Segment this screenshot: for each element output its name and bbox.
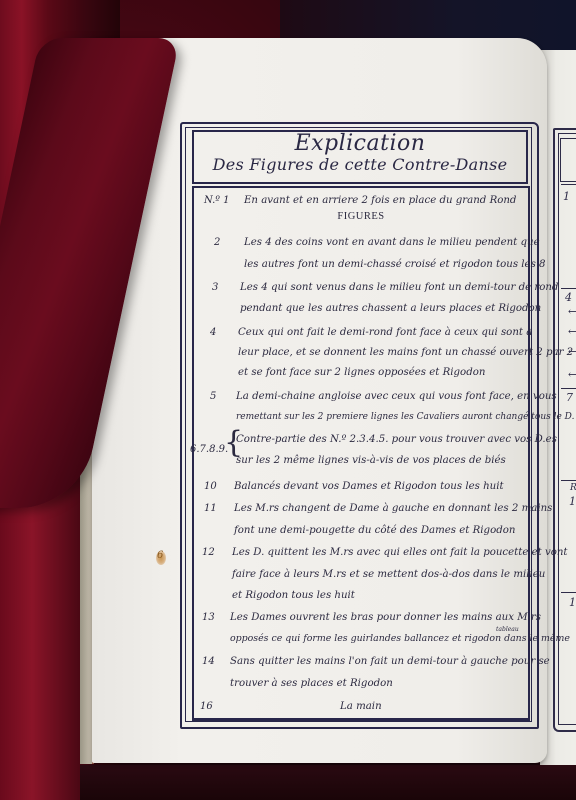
entry-number: 6.7.8.9. (190, 443, 228, 457)
entry-number: N.º 1 (204, 194, 230, 208)
facing-mark: 1 (569, 495, 576, 508)
entry-text: pendant que les autres chassent a leurs … (240, 302, 541, 316)
margin-mark: 6 (157, 550, 163, 561)
entry-number: 5 (210, 390, 216, 404)
entry-text: remettant sur les 2 premiere lignes les … (236, 410, 574, 424)
entry-text: Les 4 des coins vont en avant dans le mi… (244, 236, 540, 250)
entry-text: La demi-chaine angloise avec ceux qui vo… (236, 390, 557, 404)
entry-text: font une demi-pougette du côté des Dames… (234, 524, 515, 538)
entry-text: faire face à leurs M.rs et se mettent do… (232, 568, 545, 582)
entry-text: et se font face sur 2 lignes opposées et… (238, 366, 485, 380)
arrow-left-icon: ← (568, 368, 576, 381)
facing-mark: 1 (569, 596, 576, 609)
entry-text: La main (340, 700, 382, 714)
entry-text: leur place, et se donnent les mains font… (238, 346, 573, 360)
entry-number: 4 (210, 326, 216, 340)
entry-text: Les M.rs changent de Dame à gauche en do… (234, 502, 552, 516)
page-title: Explication (194, 133, 526, 155)
facing-mark: 7 (566, 391, 573, 404)
entry-text: sur les 2 même lignes vis-à-vis de vos p… (236, 454, 506, 468)
entry-text: et Rigodon tous les huit (232, 589, 355, 603)
entry-number: 14 (202, 655, 215, 669)
arrow-left-icon: ← (568, 305, 576, 318)
entry-text: Les Dames ouvrent les bras pour donner l… (230, 611, 541, 625)
entry-text: Contre-partie des N.º 2.3.4.5. pour vous… (236, 433, 557, 447)
entry-number: 2 (214, 236, 220, 250)
facing-mark: 4 (565, 291, 572, 304)
page-subtitle: Des Figures de cette Contre-Danse (194, 155, 526, 175)
entry-text: trouver à ses places et Rigodon (230, 677, 393, 691)
entry-text: Balancés devant vos Dames et Rigodon tou… (234, 480, 504, 494)
entry-number: 13 (202, 611, 215, 625)
entry-number: 11 (204, 502, 217, 516)
superscript-note: tableau (496, 623, 519, 637)
facing-mark: 1 (563, 190, 570, 203)
entry-number: 12 (202, 546, 215, 560)
facing-rule (561, 288, 576, 289)
entry-text: Les 4 qui sont venus dans le milieu font… (240, 281, 558, 295)
entry-text: Les D. quittent les M.rs avec qui elles … (232, 546, 568, 560)
facing-rule (561, 592, 576, 593)
entry-text: les autres font un demi-chassé croisé et… (244, 258, 546, 272)
figures-heading: FIGURES (194, 211, 528, 222)
entry-number: 3 (212, 281, 218, 295)
facing-rule (561, 480, 576, 481)
photo-scene: 1 4 ← ← ← ← 7 R 1 1 6 Explication Des Fi… (0, 0, 576, 800)
dark-background-bottom (0, 765, 576, 800)
facing-rule (561, 184, 576, 185)
facing-rule (561, 388, 576, 389)
entry-text: opposés ce qui forme les guirlandes ball… (230, 632, 570, 646)
entry-number: 16 (200, 700, 213, 714)
facing-title-box (560, 138, 576, 182)
arrow-left-icon: ← (568, 325, 576, 338)
entry-text: Sans quitter les mains l'on fait un demi… (230, 655, 550, 669)
figures-table: N.º 1 En avant et en arriere 2 fois en p… (192, 186, 530, 721)
facing-mark: R (570, 483, 576, 493)
entry-text: En avant et en arriere 2 fois en place d… (244, 194, 516, 208)
title-cartouche: Explication Des Figures de cette Contre-… (192, 130, 528, 184)
entry-text: Ceux qui ont fait le demi-rond font face… (238, 326, 532, 340)
entry-number: 10 (204, 480, 217, 494)
